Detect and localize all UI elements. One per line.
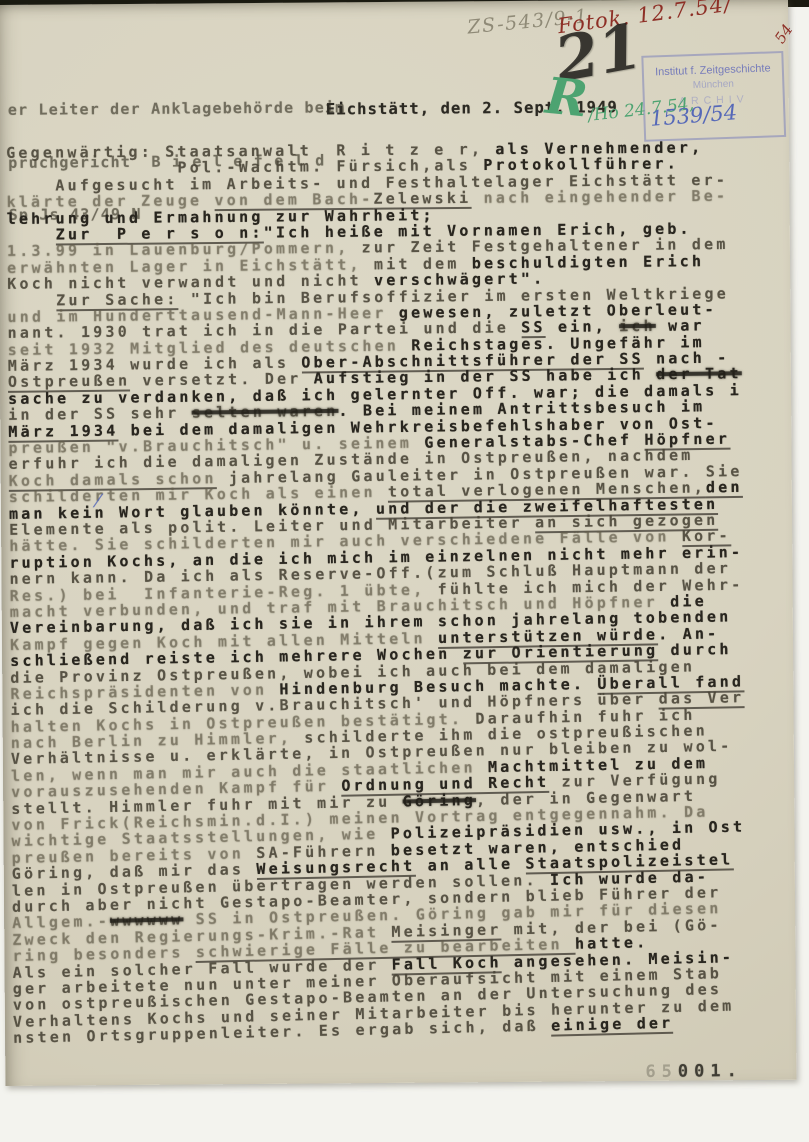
- typed-body: Gegenwärtig: Staatsanwalt R i t z e r, a…: [6, 139, 747, 1046]
- paper: er Leiter der Anklagebehörde beim pruchg…: [0, 0, 796, 1086]
- letterhead-line-1: er Leiter der Anklagebehörde beim: [8, 99, 346, 119]
- scan-backing: er Leiter der Anklagebehörde beim pruchg…: [0, 0, 809, 1142]
- archive-stamp-line-2: München: [644, 77, 782, 93]
- photocopy-note-suffix: 54: [771, 21, 797, 47]
- bottom-stamp-number-faint: 65: [645, 1062, 678, 1082]
- green-initial-annotation: R: [543, 71, 589, 125]
- archive-stamp-line-1: Institut f. Zeitgeschichte: [644, 62, 782, 79]
- bottom-stamp-number: 65001.: [645, 1061, 743, 1082]
- bottom-stamp-number-dark: 001.: [678, 1061, 743, 1082]
